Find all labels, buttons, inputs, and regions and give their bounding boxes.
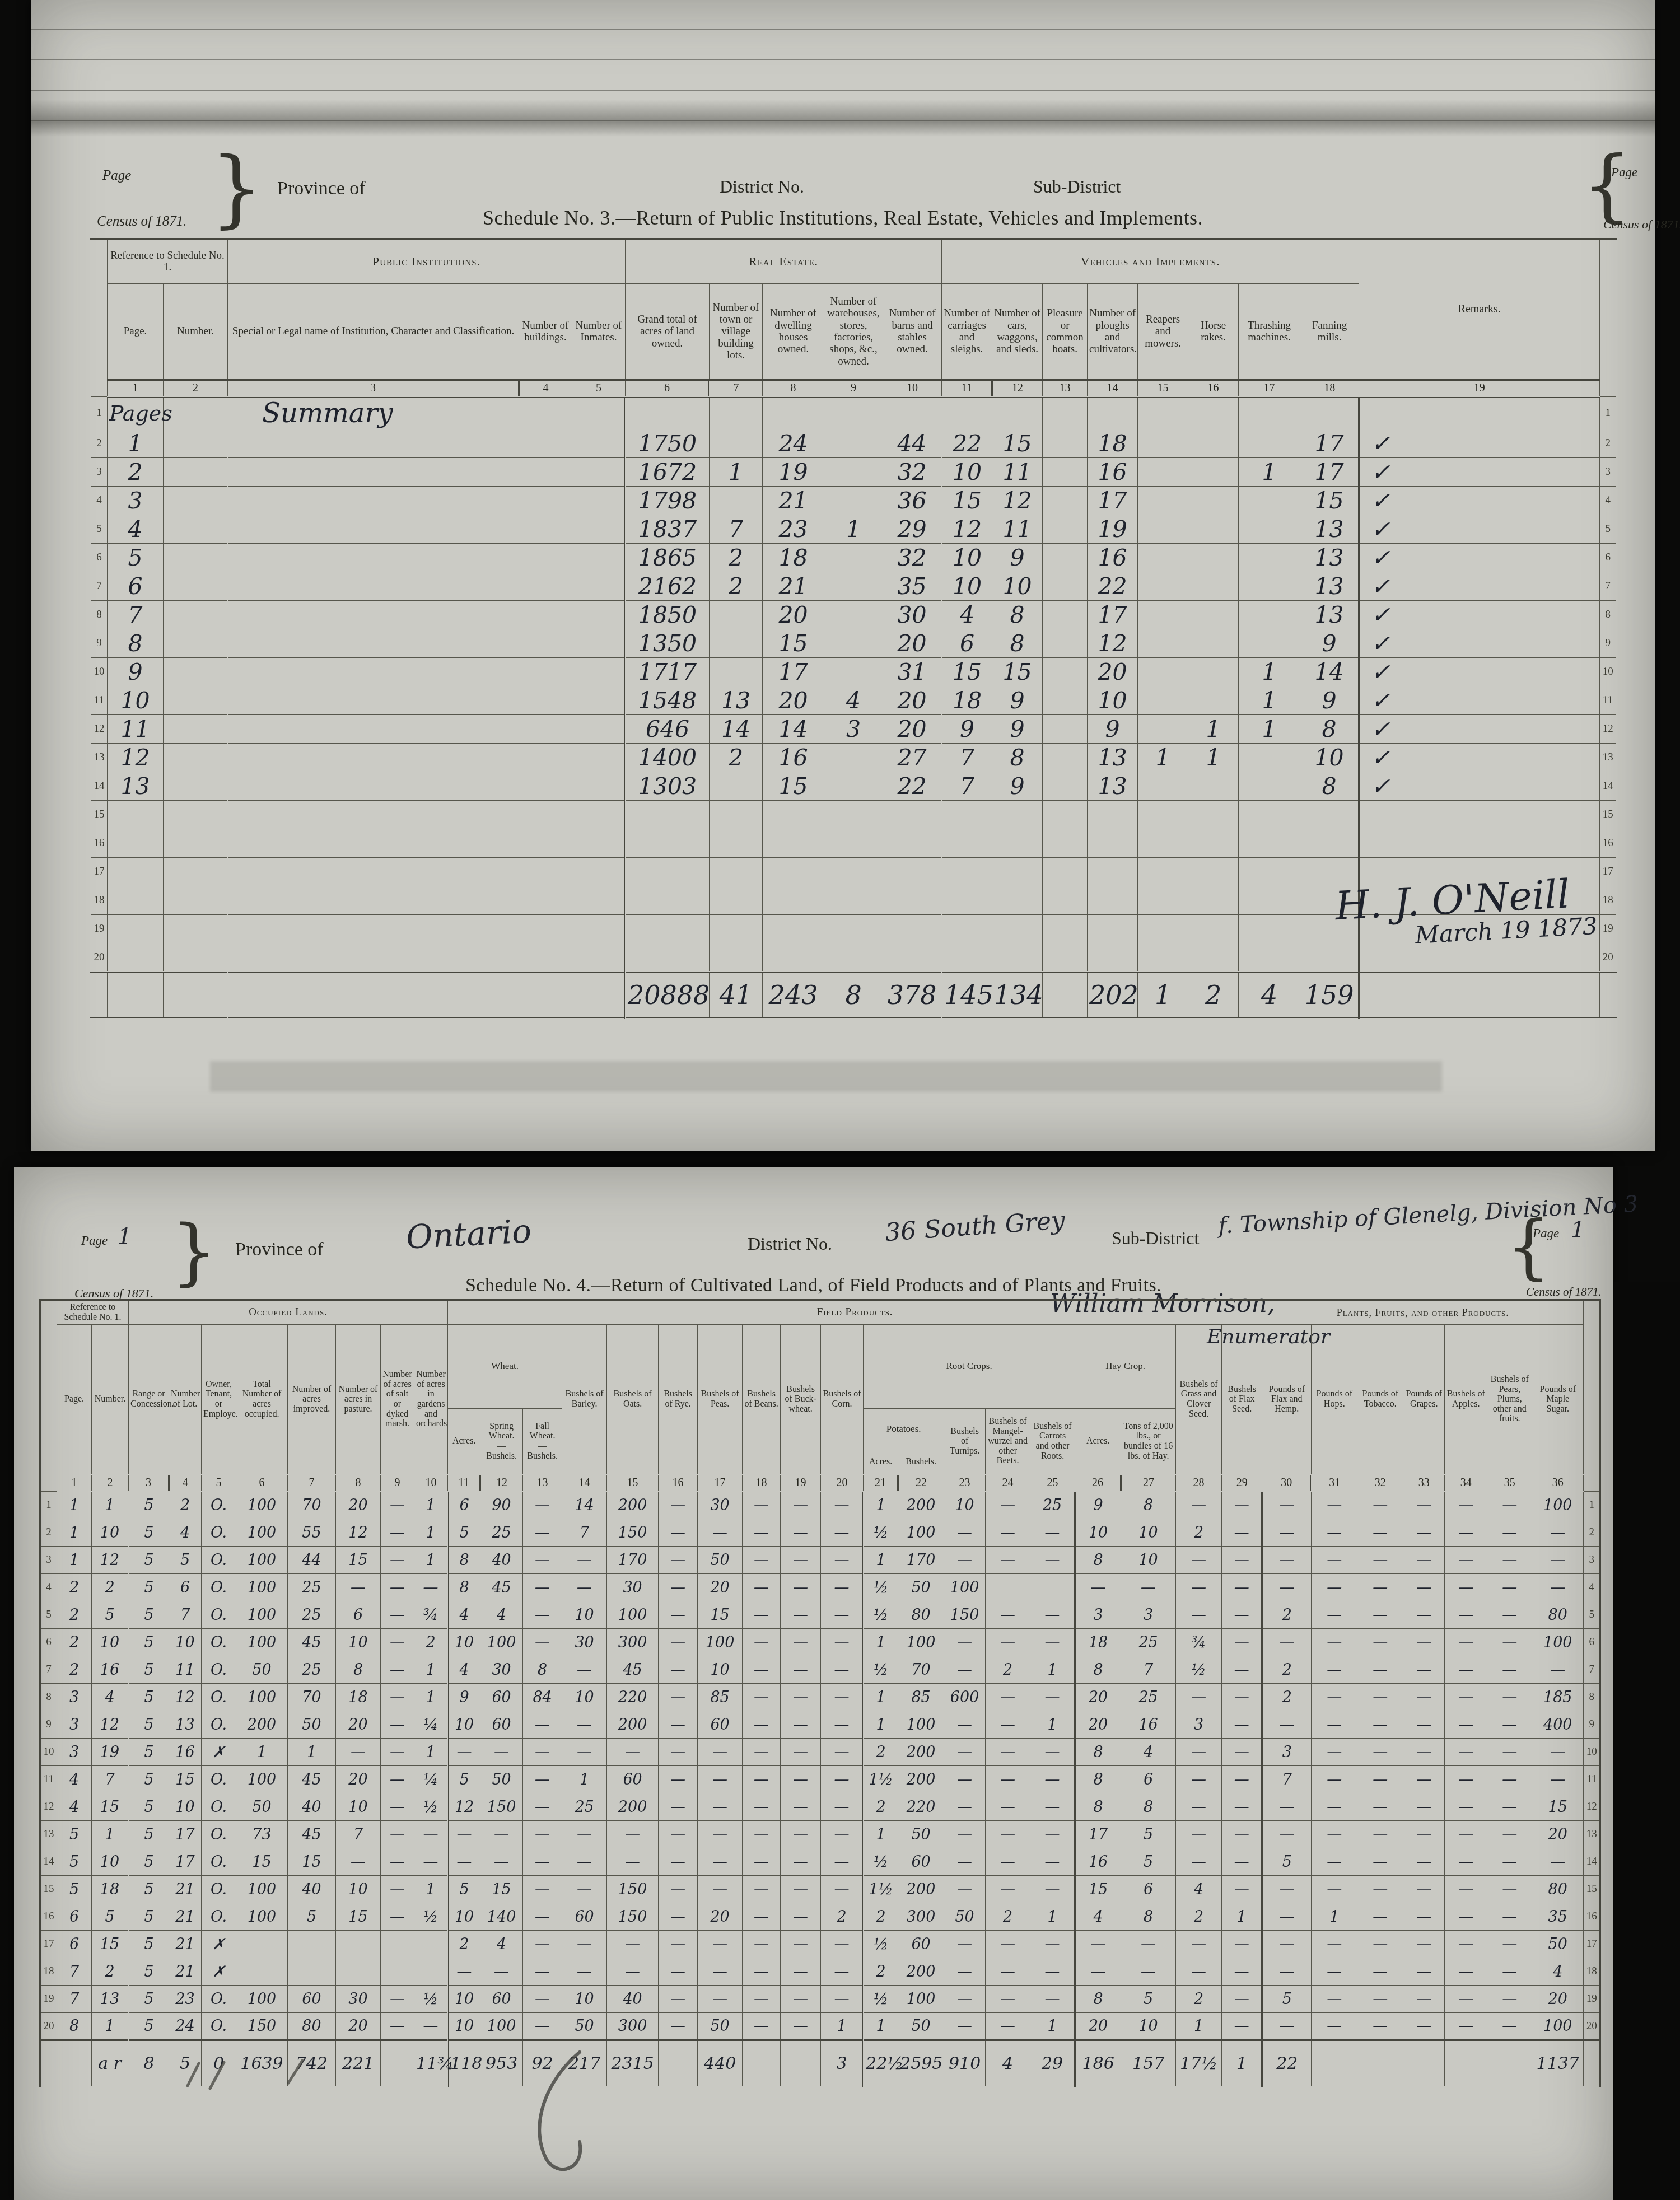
cell bbox=[228, 744, 519, 772]
cell: — bbox=[659, 1848, 698, 1876]
cell: 1 bbox=[236, 1739, 288, 1766]
cell: 13 bbox=[169, 1711, 202, 1739]
page-label: Page bbox=[81, 1234, 108, 1248]
cell: — bbox=[381, 1739, 414, 1766]
cell bbox=[883, 858, 942, 886]
group-reference: Reference to Schedule No. 1. bbox=[108, 239, 228, 284]
cell: 3 bbox=[1262, 1739, 1312, 1766]
cell: 2 bbox=[710, 572, 763, 601]
cell: — bbox=[1357, 1821, 1403, 1848]
cell bbox=[572, 601, 626, 629]
col-header: Acres. bbox=[448, 1409, 480, 1475]
cell: 11 bbox=[992, 458, 1043, 487]
right-brace: { bbox=[1506, 1212, 1551, 1282]
cell: — bbox=[448, 1739, 480, 1766]
cell: — bbox=[523, 1876, 562, 1903]
cell bbox=[883, 943, 942, 972]
table-row: 834512O.1007018—19608410220—85———185600—… bbox=[40, 1684, 1600, 1711]
cell: 8 bbox=[1075, 1986, 1121, 2013]
group-plants-fruits: Plants, Fruits, and other Products. bbox=[1262, 1300, 1584, 1325]
cell: — bbox=[448, 1958, 480, 1986]
cell: O. bbox=[202, 1656, 236, 1684]
cell: — bbox=[607, 1958, 659, 1986]
cell: 7 bbox=[710, 515, 763, 544]
cell bbox=[1239, 572, 1300, 601]
col-header: Page. bbox=[57, 1325, 92, 1475]
cell: 45 bbox=[288, 1821, 336, 1848]
cell: — bbox=[523, 1574, 562, 1601]
cell: 4 bbox=[986, 2040, 1030, 2087]
cell: a r bbox=[92, 2040, 129, 2087]
column-number: 1 bbox=[57, 1475, 92, 1492]
cell bbox=[710, 915, 763, 943]
col-header: Bushels of Oats. bbox=[607, 1325, 659, 1475]
cell: 1 bbox=[1239, 658, 1300, 686]
cell: 2 bbox=[57, 1656, 92, 1684]
row-number-header bbox=[91, 239, 108, 397]
cell: — bbox=[1312, 1821, 1357, 1848]
cell: — bbox=[1222, 1739, 1262, 1766]
cell: — bbox=[562, 1739, 607, 1766]
cell: — bbox=[1312, 1629, 1357, 1656]
cell: 10 bbox=[336, 1876, 381, 1903]
province-label: Province of bbox=[235, 1239, 324, 1260]
row-number: 15 bbox=[40, 1876, 57, 1903]
cell: — bbox=[1176, 1793, 1222, 1821]
cell: — bbox=[659, 2013, 698, 2040]
row-number: 9 bbox=[40, 1711, 57, 1739]
cell: 30 bbox=[480, 1656, 523, 1684]
cell: 23 bbox=[169, 1986, 202, 2013]
cell bbox=[164, 515, 228, 544]
cell: — bbox=[821, 1876, 864, 1903]
cell bbox=[1138, 429, 1188, 458]
cell: 1 bbox=[1222, 1903, 1262, 1931]
cell: — bbox=[659, 1574, 698, 1601]
col-header: Number of cars, waggons, and sleds. bbox=[992, 284, 1043, 380]
cell bbox=[1403, 2040, 1445, 2087]
cell: — bbox=[781, 1547, 821, 1574]
row-number: 11 bbox=[1584, 1766, 1600, 1793]
cell bbox=[164, 772, 228, 801]
cell bbox=[1088, 829, 1138, 858]
row-number: 1 bbox=[40, 1492, 57, 1519]
cell: — bbox=[1176, 1766, 1222, 1793]
cell: 1 bbox=[414, 1876, 448, 1903]
cell: 4 bbox=[448, 1656, 480, 1684]
page-value: 1 bbox=[118, 1223, 132, 1249]
cell: 15 bbox=[92, 1793, 129, 1821]
cell: 21 bbox=[763, 572, 824, 601]
cell: — bbox=[986, 1684, 1030, 1711]
row-number bbox=[40, 2040, 57, 2087]
cell: 50 bbox=[898, 1821, 944, 1848]
cell: — bbox=[381, 2013, 414, 2040]
cell bbox=[1239, 601, 1300, 629]
cell bbox=[519, 829, 572, 858]
cell: — bbox=[659, 1711, 698, 1739]
cell: O. bbox=[202, 1574, 236, 1601]
cell bbox=[1239, 886, 1300, 915]
cell: — bbox=[1357, 1711, 1403, 1739]
cell: 17 bbox=[763, 658, 824, 686]
row-number: 15 bbox=[1600, 801, 1617, 829]
cell: 1 bbox=[1030, 1903, 1075, 1931]
cell: — bbox=[944, 1656, 986, 1684]
cell: — bbox=[1403, 1739, 1445, 1766]
cell: 200 bbox=[898, 1958, 944, 1986]
table-row: 8718502030481713✓8 bbox=[91, 601, 1617, 629]
cell: 9 bbox=[992, 686, 1043, 715]
cell: 13 bbox=[1088, 772, 1138, 801]
cell: 15 bbox=[236, 1848, 288, 1876]
cell: — bbox=[743, 1958, 781, 1986]
cell: 100 bbox=[236, 1519, 288, 1547]
cell: 5 bbox=[57, 1876, 92, 1903]
cell: — bbox=[1030, 1986, 1075, 2013]
cell: — bbox=[1445, 1711, 1487, 1739]
cell: 15 bbox=[992, 429, 1043, 458]
cell: 25 bbox=[1030, 1492, 1075, 1519]
row-number: 18 bbox=[1600, 886, 1617, 915]
cell: 2162 bbox=[626, 572, 710, 601]
cell: 5 bbox=[129, 1629, 169, 1656]
cell: — bbox=[381, 1848, 414, 1876]
cell: 9 bbox=[1075, 1492, 1121, 1519]
cell: 20 bbox=[763, 686, 824, 715]
cell: 12 bbox=[169, 1684, 202, 1711]
row-number: 1 bbox=[1600, 397, 1617, 429]
cell: — bbox=[743, 1656, 781, 1684]
cell bbox=[1239, 829, 1300, 858]
cell: 2 bbox=[986, 1903, 1030, 1931]
cell: — bbox=[1312, 1876, 1357, 1903]
cell: 10 bbox=[942, 458, 992, 487]
cell: — bbox=[1487, 1711, 1532, 1739]
cell: — bbox=[523, 1821, 562, 1848]
cell: 70 bbox=[288, 1684, 336, 1711]
cell: 2 bbox=[864, 1903, 898, 1931]
col-header: Number of ploughs and cultivators. bbox=[1088, 284, 1138, 380]
cell: 50 bbox=[562, 2013, 607, 2040]
cell: 1 bbox=[1138, 744, 1188, 772]
cell: — bbox=[562, 1848, 607, 1876]
cell: — bbox=[414, 1574, 448, 1601]
cell: O. bbox=[202, 1547, 236, 1574]
col-header: Spring Wheat. — Bushels. bbox=[480, 1409, 523, 1475]
col-header: Bushels of Barley. bbox=[562, 1325, 607, 1475]
cell: 8 bbox=[1075, 1793, 1121, 1821]
cell bbox=[1188, 601, 1239, 629]
cell: 45 bbox=[607, 1656, 659, 1684]
cell: 2315 bbox=[607, 2040, 659, 2087]
cell: 100 bbox=[698, 1629, 743, 1656]
row-number: 19 bbox=[91, 915, 108, 943]
cell: 16 bbox=[1075, 1848, 1121, 1876]
cell: — bbox=[743, 1629, 781, 1656]
cell bbox=[572, 544, 626, 572]
col-header: Owner, Tenant, or Employe. bbox=[202, 1325, 236, 1475]
column-number: 17 bbox=[1239, 380, 1300, 397]
cell bbox=[228, 601, 519, 629]
cell bbox=[164, 487, 228, 515]
cell bbox=[1188, 429, 1239, 458]
cell bbox=[1239, 629, 1300, 658]
cell: 27 bbox=[883, 744, 942, 772]
col-header: Bushels of Grass and Clover Seed. bbox=[1176, 1325, 1222, 1475]
cell: 220 bbox=[607, 1684, 659, 1711]
cell bbox=[519, 601, 572, 629]
cell: — bbox=[1357, 1876, 1403, 1903]
row-number: 14 bbox=[40, 1848, 57, 1876]
cell: 16 bbox=[1088, 458, 1138, 487]
cell: 40 bbox=[288, 1876, 336, 1903]
column-number: 12 bbox=[480, 1475, 523, 1492]
cell bbox=[883, 801, 942, 829]
cell bbox=[1043, 915, 1088, 943]
cell: 157 bbox=[1121, 2040, 1176, 2087]
cell: 100 bbox=[236, 1903, 288, 1931]
cell: 12 bbox=[108, 744, 164, 772]
cell: — bbox=[659, 1492, 698, 1519]
cell: 22 bbox=[883, 772, 942, 801]
cell bbox=[228, 801, 519, 829]
column-number: 10 bbox=[414, 1475, 448, 1492]
cell: 2 bbox=[108, 458, 164, 487]
cell: — bbox=[562, 1574, 607, 1601]
cell: — bbox=[781, 1931, 821, 1958]
totals-row: 20888412438378145134202124159 bbox=[91, 972, 1617, 1019]
column-number: 19 bbox=[781, 1475, 821, 1492]
cell: 1717 bbox=[626, 658, 710, 686]
cell: — bbox=[781, 1601, 821, 1629]
cell bbox=[164, 886, 228, 915]
cell: — bbox=[986, 1766, 1030, 1793]
cell: — bbox=[944, 1519, 986, 1547]
cell: ½ bbox=[414, 1793, 448, 1821]
cell: — bbox=[1487, 1601, 1532, 1629]
cell bbox=[1043, 772, 1088, 801]
cell: — bbox=[562, 1958, 607, 1986]
cell: 20 bbox=[763, 601, 824, 629]
cell: 10 bbox=[169, 1793, 202, 1821]
cell: — bbox=[1222, 1547, 1262, 1574]
cell: — bbox=[821, 1574, 864, 1601]
cell: — bbox=[1403, 1684, 1445, 1711]
table-row: 1PagesSummary1 bbox=[91, 397, 1617, 429]
cell: — bbox=[1445, 1739, 1487, 1766]
table-row: 1616 bbox=[91, 829, 1617, 858]
cell: 3 bbox=[57, 1739, 92, 1766]
cell bbox=[572, 658, 626, 686]
cell: 50 bbox=[480, 1766, 523, 1793]
cell: — bbox=[698, 1876, 743, 1903]
cell: 200 bbox=[607, 1492, 659, 1519]
cell: 12 bbox=[92, 1711, 129, 1739]
cell: 10 bbox=[448, 1986, 480, 2013]
cell: — bbox=[781, 1492, 821, 1519]
cell: 20 bbox=[1075, 1711, 1121, 1739]
cell bbox=[1359, 801, 1600, 829]
row-number: 16 bbox=[1600, 829, 1617, 858]
table-row: 42256O.10025———845——30—20———½50100——————… bbox=[40, 1574, 1600, 1601]
cell: — bbox=[1487, 1903, 1532, 1931]
cell: — bbox=[1262, 1629, 1312, 1656]
cell: 100 bbox=[1532, 2013, 1584, 2040]
cell: — bbox=[1030, 1931, 1075, 1958]
cell: — bbox=[1222, 1684, 1262, 1711]
cell: 7 bbox=[57, 1986, 92, 2013]
cell: — bbox=[1445, 1903, 1487, 1931]
cell: — bbox=[607, 1931, 659, 1958]
cell: — bbox=[562, 1876, 607, 1903]
cell: ½ bbox=[864, 1848, 898, 1876]
cell: 6 bbox=[448, 1492, 480, 1519]
col-header: Bushels. bbox=[898, 1450, 944, 1475]
cell: 20 bbox=[1532, 1986, 1584, 2013]
cell: 1 bbox=[1239, 458, 1300, 487]
cell: — bbox=[1403, 1492, 1445, 1519]
cell bbox=[1088, 943, 1138, 972]
cell: 19 bbox=[1088, 515, 1138, 544]
cell: 21 bbox=[169, 1958, 202, 1986]
district-label: District No. bbox=[748, 1234, 832, 1254]
cell: 1 bbox=[821, 2013, 864, 2040]
cell bbox=[519, 658, 572, 686]
cell: — bbox=[1222, 1986, 1262, 2013]
cell: — bbox=[659, 1656, 698, 1684]
column-number: 33 bbox=[1403, 1475, 1445, 1492]
row-number: 20 bbox=[1584, 2013, 1600, 2040]
row-number: 1 bbox=[91, 397, 108, 429]
cell: — bbox=[336, 1574, 381, 1601]
cell: 15 bbox=[288, 1848, 336, 1876]
row-number: 2 bbox=[1600, 429, 1617, 458]
cell: 1350 bbox=[626, 629, 710, 658]
cell: — bbox=[381, 1821, 414, 1848]
cell: 200 bbox=[898, 1766, 944, 1793]
cell: — bbox=[1030, 1848, 1075, 1876]
cell: — bbox=[743, 1931, 781, 1958]
cell: — bbox=[381, 1711, 414, 1739]
cell: — bbox=[1262, 1931, 1312, 1958]
cell: — bbox=[381, 1492, 414, 1519]
cell bbox=[108, 858, 164, 886]
table-row: 7216511O.50258—14308—45—10———½70—2187½—2… bbox=[40, 1656, 1600, 1684]
cell: 100 bbox=[944, 1574, 986, 1601]
cell bbox=[824, 487, 883, 515]
cell bbox=[228, 658, 519, 686]
column-number: 13 bbox=[523, 1475, 562, 1492]
signature: H. J. O'Neill March 19 1873 bbox=[1334, 870, 1598, 953]
cell: — bbox=[1445, 2013, 1487, 2040]
cell: 8 bbox=[1075, 1739, 1121, 1766]
cell: 8 bbox=[448, 1574, 480, 1601]
table-row: 52557O.100256—¾44—10100—15———½80150——33—… bbox=[40, 1601, 1600, 1629]
column-number-row: 12345678910111213141516171819 bbox=[91, 380, 1617, 397]
cell: 1 bbox=[414, 1739, 448, 1766]
cell: — bbox=[562, 1931, 607, 1958]
cell bbox=[236, 1958, 288, 1986]
cell: 73 bbox=[236, 1821, 288, 1848]
cell: — bbox=[1357, 1848, 1403, 1876]
cell: 15 bbox=[992, 658, 1043, 686]
cell: 10 bbox=[1300, 744, 1359, 772]
cell bbox=[1138, 858, 1188, 886]
cell: — bbox=[1357, 1547, 1403, 1574]
cell: 80 bbox=[1532, 1601, 1584, 1629]
cell: — bbox=[1532, 1519, 1584, 1547]
cell: 14 bbox=[562, 1492, 607, 1519]
group-reference: Reference to Schedule No. 1. bbox=[57, 1300, 129, 1325]
cell: 3 bbox=[57, 1711, 92, 1739]
table-row: 14510517O.1515—————————————½60———165——5—… bbox=[40, 1848, 1600, 1876]
ink-bleed-smudge bbox=[210, 1061, 1442, 1092]
cell: — bbox=[1403, 1903, 1445, 1931]
cell bbox=[228, 544, 519, 572]
cell bbox=[164, 397, 228, 429]
cell: — bbox=[1487, 1574, 1532, 1601]
cell: — bbox=[821, 1793, 864, 1821]
cell: 4 bbox=[942, 601, 992, 629]
cell: 1 bbox=[864, 2013, 898, 2040]
col-header: Acres. bbox=[1075, 1409, 1121, 1475]
column-number: 27 bbox=[1121, 1475, 1176, 1492]
table-row: 1351517O.73457————————————150———175—————… bbox=[40, 1821, 1600, 1848]
cell: ½ bbox=[864, 1601, 898, 1629]
row-number-header bbox=[40, 1300, 57, 1492]
cell: 32 bbox=[883, 544, 942, 572]
cell: ✗ bbox=[202, 1958, 236, 1986]
cell: 20 bbox=[883, 686, 942, 715]
cell: 13 bbox=[1300, 515, 1359, 544]
cell bbox=[572, 429, 626, 458]
cell: — bbox=[1532, 1848, 1584, 1876]
table-row: 311255O.1004415—1840——170—50———1170———81… bbox=[40, 1547, 1600, 1574]
row-number: 10 bbox=[91, 658, 108, 686]
cell: — bbox=[821, 1986, 864, 2013]
cell: 1 bbox=[1176, 2013, 1222, 2040]
cell: 10 bbox=[992, 572, 1043, 601]
cell: — bbox=[1312, 1739, 1357, 1766]
cell: — bbox=[1222, 1656, 1262, 1684]
row-number: 17 bbox=[1600, 858, 1617, 886]
cell bbox=[572, 487, 626, 515]
row-number: 13 bbox=[1600, 744, 1617, 772]
row-number: 7 bbox=[40, 1656, 57, 1684]
cell: — bbox=[381, 1601, 414, 1629]
cell: 2 bbox=[57, 1601, 92, 1629]
cell: 19 bbox=[92, 1739, 129, 1766]
cell: — bbox=[1176, 1739, 1222, 1766]
cell bbox=[824, 601, 883, 629]
cell: 15 bbox=[1075, 1876, 1121, 1903]
cell: — bbox=[523, 1629, 562, 1656]
row-number: 16 bbox=[40, 1903, 57, 1931]
col-header: Total Number of acres occupied. bbox=[236, 1325, 288, 1475]
cell: — bbox=[781, 1848, 821, 1876]
cell: — bbox=[1403, 1876, 1445, 1903]
cell bbox=[164, 686, 228, 715]
cell: ½ bbox=[864, 1986, 898, 2013]
cell: — bbox=[1403, 1656, 1445, 1684]
cell bbox=[763, 801, 824, 829]
cell: — bbox=[381, 1684, 414, 1711]
cell: 100 bbox=[236, 1492, 288, 1519]
cell: 1672 bbox=[626, 458, 710, 487]
cell: 9 bbox=[108, 658, 164, 686]
cell: 18 bbox=[92, 1876, 129, 1903]
